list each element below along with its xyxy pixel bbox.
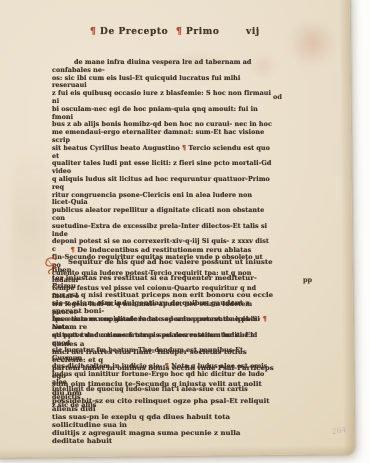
page-edge-shadow-bottom bbox=[0, 445, 354, 458]
margin-annotation-top: od bbox=[273, 93, 282, 101]
running-header-folio: vij bbox=[246, 27, 260, 37]
running-header-title: ¶ De Precepto bbox=[90, 27, 168, 37]
body-paragraph-2: Sequitur de his que ad hoc valere possun… bbox=[52, 258, 275, 446]
page-edge-shadow-right bbox=[339, 0, 355, 454]
scanned-book-photo: { "colors": { "rubric": "#c1482a", "ink"… bbox=[0, 0, 370, 463]
rubric-chapter-heading: ¶ De inducentibus ad restitutionem reru … bbox=[52, 246, 270, 254]
running-header-section: ¶ Primo bbox=[176, 27, 220, 37]
margin-annotation-middle: pp bbox=[303, 276, 312, 284]
